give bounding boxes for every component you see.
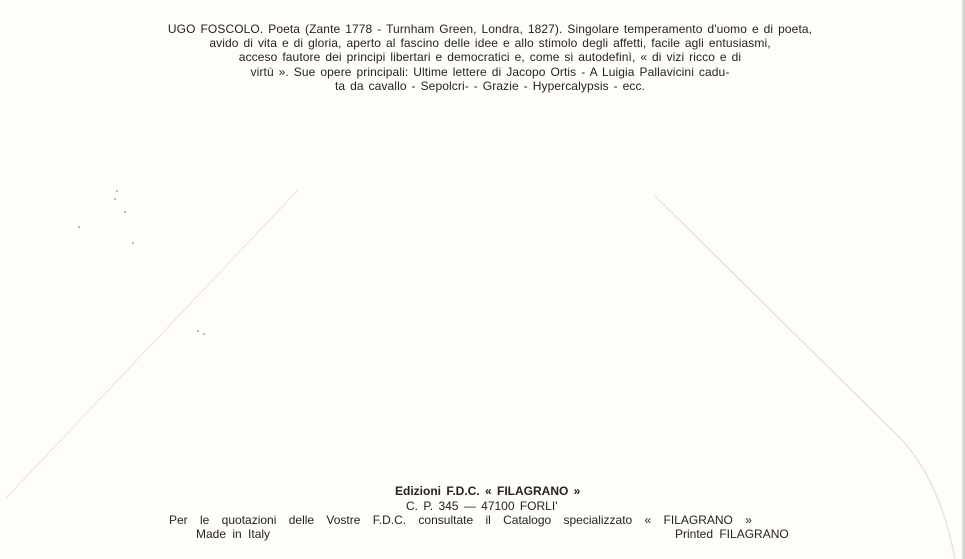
biography-line-2: avido di vita e di gloria, aperto al fas… (110, 36, 870, 50)
publisher-name: Edizioni F.D.C. « FILAGRANO » (395, 484, 580, 499)
left-flap-crease (6, 190, 298, 498)
biography-line-3: acceso fautore dei principi libertari e … (110, 50, 870, 64)
right-flap-crease (655, 196, 955, 559)
biography-text: UGO FOSCOLO. Poeta (Zante 1778 - Turnham… (110, 22, 870, 93)
biography-line-1: UGO FOSCOLO. Poeta (Zante 1778 - Turnham… (110, 22, 870, 36)
envelope-back: UGO FOSCOLO. Poeta (Zante 1778 - Turnham… (0, 0, 965, 559)
biography-line-5: ta da cavallo - Sepolcri- - Grazie - Hyp… (110, 79, 870, 93)
catalog-note: Per le quotazioni delle Vostre F.D.C. co… (169, 513, 752, 528)
publisher-address: C. P. 345 — 47100 FORLI' (406, 499, 557, 514)
made-in-label: Made in Italy (196, 527, 270, 542)
printer-label: Printed FILAGRANO (675, 527, 789, 542)
biography-line-4: virtù ». Sue opere principali: Ultime le… (110, 65, 870, 79)
